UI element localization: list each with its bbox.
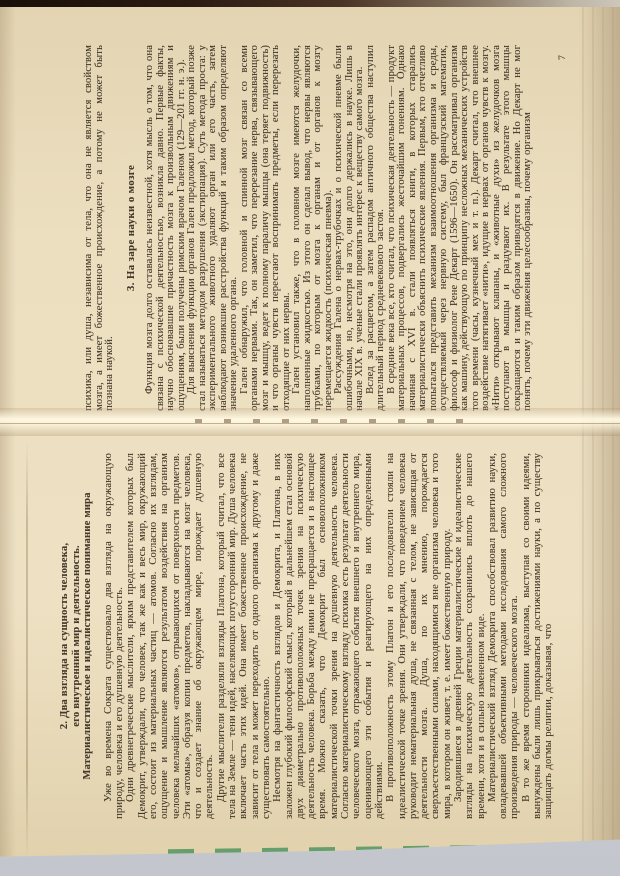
paragraph: Вслед за расцветом, а затем распадом ант… [366,45,387,411]
page-number: 7 [558,55,569,60]
paragraph: Одни древнегреческие мыслители, ярким пр… [125,453,215,819]
underlying-page-edge [26,440,28,860]
page-7-text-block: психика, или душа, независима от тела, ч… [82,12,574,416]
section-heading: 3. На заре науки о мозге [126,45,137,411]
chapter-heading-line: его внутренний мир и деятельность. [71,453,83,819]
book-cover-top-edge [0,0,620,7]
page-number: 6 [551,851,562,856]
binding-stitches [195,419,465,423]
book-gutter-crease [0,408,620,436]
paragraph: Рассуждения Галена о нервах-трубочках и … [334,45,366,411]
book-page-right: психика, или душа, независима от тела, ч… [82,12,574,416]
paragraph: В противоположность этому Платон и его п… [385,453,453,819]
paragraph: Зародившиеся в древней Греции материалис… [453,453,487,819]
paragraph: Гален обнаружил, что головной и спинной … [240,45,293,411]
chapter-heading-line: 2. Два взгляда на сущность человека, [59,453,71,819]
paragraph-continuation: психика, или душа, независима от тела, ч… [84,45,116,411]
chapter-heading-line: Материалистическое и идеалистическое пон… [82,453,94,819]
paragraph: Несмотря на фантастичность взглядов и Де… [272,453,385,819]
crease-line [0,423,620,424]
paragraph: В то же время сторонники идеализма, выст… [521,453,555,819]
page-6-text-block: 2. Два взгляда на сущность человека, его… [55,436,579,876]
open-book-pages: психика, или душа, независима от тела, ч… [0,4,620,860]
paragraph: Материалистический взгляд Демокрита спос… [487,453,521,819]
paragraph: Другие мыслители разделяли взгляды Плато… [216,453,272,819]
paragraph: Для выяснения функции органов Гален пред… [187,45,240,411]
chapter-heading: 2. Два взгляда на сущность человека, его… [59,453,94,819]
paragraph: Функция мозга долго оставалась неизвестн… [145,45,187,411]
book-page-left: 2. Два взгляда на сущность человека, его… [55,436,579,876]
paragraph: В средние века все, кто считал, что псих… [387,45,534,411]
paragraph: Гален установил также, что в головном мо… [292,45,334,411]
paragraph: Уже во времена Сократа существовало два … [103,453,126,819]
